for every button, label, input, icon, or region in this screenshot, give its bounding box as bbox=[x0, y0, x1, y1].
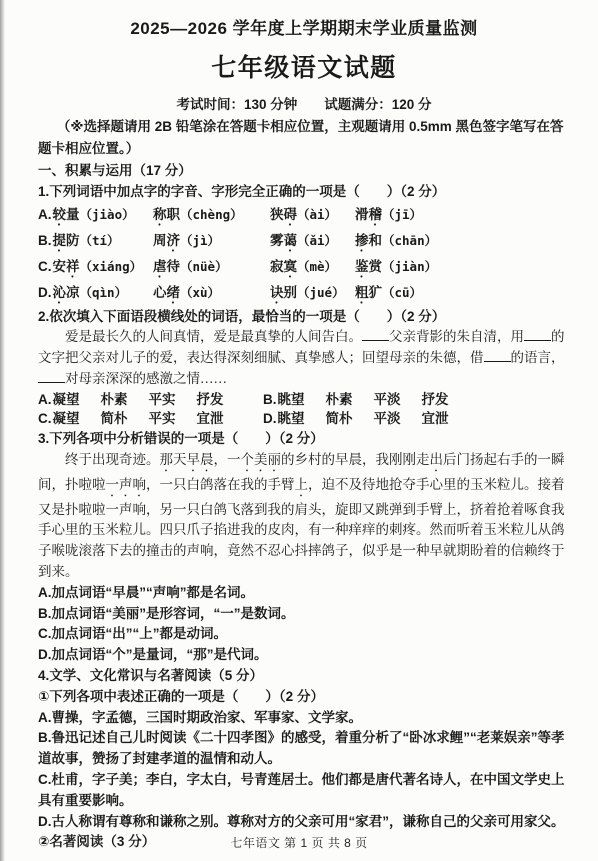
q3-passage: 终于出现奇迹。那天早晨，一个美丽的乡村的早晨，我刚刚走出后门扬起右手的一瞬间，扑… bbox=[38, 450, 570, 583]
pinyin-hint: （mè） bbox=[297, 259, 337, 274]
pinyin-hint: （jī） bbox=[382, 207, 422, 222]
q1-term: 鉴赏（jiàn） bbox=[355, 255, 570, 281]
pinyin-hint: （chān） bbox=[382, 233, 437, 248]
fill-in-blank bbox=[38, 369, 65, 383]
q4-option: C.杜甫，字子美；李白，字太白，号青莲居士。他们都是唐代著名诗人，在中国文学史上… bbox=[38, 770, 570, 812]
pinyin-hint: （jué） bbox=[297, 285, 345, 300]
pinyin-hint: （chèng） bbox=[180, 207, 243, 222]
q3-option: B.加点词语“美丽”是形容词，“一”是数词。 bbox=[38, 604, 570, 625]
option-label: C. bbox=[38, 259, 52, 274]
q1-term: 狭碍（ài） bbox=[270, 203, 355, 229]
q2-option: B.眺望朴素平淡抒发 bbox=[263, 390, 449, 410]
section1-title: 一、积累与运用（17 分） bbox=[38, 161, 570, 182]
q4-sub1-stem: ①下列各项中表述正确的一项是（ ）（2 分） bbox=[38, 687, 570, 708]
option-label: A. bbox=[38, 207, 52, 222]
q1-term: 周济（jì） bbox=[153, 229, 270, 255]
q4-title: 4.文学、文化常识与名著阅读（5 分） bbox=[38, 666, 570, 687]
pinyin-hint: （xù） bbox=[180, 285, 220, 300]
exam-info: 考试时间：130 分钟 试题满分：120 分 bbox=[38, 93, 570, 113]
paper-header: 2025—2026 学年度上学期期末学业质量监测 七年级语文试题 考试时间：13… bbox=[38, 14, 570, 159]
paper-body: 一、积累与运用（17 分） 1.下列词语中加点字的字音、字形完全正确的一项是（ … bbox=[38, 161, 570, 853]
pinyin-hint: （xiáng） bbox=[80, 259, 143, 274]
q1-term: 诀别（jué） bbox=[270, 281, 355, 307]
q3-stem: 3.下列各项中分析错误的一项是（ ）（2 分） bbox=[38, 429, 570, 450]
q1-term: A.较量（jiào） bbox=[38, 203, 153, 229]
q1-term: D.沁凉（qìn） bbox=[38, 281, 153, 307]
q1-term: 称职（chèng） bbox=[153, 203, 270, 229]
fill-in-blank bbox=[484, 348, 511, 362]
q4-option: B.鲁迅记述自己儿时阅读《二十四孝图》的感受，着重分析了“卧冰求鲤”“老莱娱亲”… bbox=[38, 728, 570, 770]
q1-term: 粗犷（cū） bbox=[355, 281, 570, 307]
q3-option: D.加点词语“个”是量词，“那”是代词。 bbox=[38, 645, 570, 666]
pinyin-hint: （ài） bbox=[297, 207, 337, 222]
q3-options: A.加点词语“早晨”“声响”都是名词。B.加点词语“美丽”是形容词，“一”是数词… bbox=[38, 583, 570, 666]
q1-term: 掺和（chān） bbox=[355, 229, 570, 255]
pinyin-hint: （jì） bbox=[180, 233, 220, 248]
q2-option-row: A.凝望朴素平实抒发B.眺望朴素平淡抒发 bbox=[38, 390, 570, 410]
fill-in-blank bbox=[524, 328, 551, 342]
answer-sheet-note: （※选择题请用 2B 铅笔涂在答题卡相应位置，主观题请用 0.5mm 黑色签字笔… bbox=[38, 116, 570, 159]
pinyin-hint: （qìn） bbox=[80, 285, 128, 300]
q4-option: A.曹操，字孟德，三国时期政治家、军事家、文学家。 bbox=[38, 708, 570, 729]
option-label: B. bbox=[38, 233, 52, 248]
q2-option: D.眺望简朴平淡宜泄 bbox=[263, 409, 449, 429]
option-label: C. bbox=[38, 411, 52, 426]
session-title: 2025—2026 学年度上学期期末学业质量监测 bbox=[38, 14, 570, 39]
q1-term: 雾蔼（ǎi） bbox=[270, 229, 355, 255]
q2-options: A.凝望朴素平实抒发B.眺望朴素平淡抒发C.凝望简朴平实宜泄D.眺望简朴平淡宜泄 bbox=[38, 390, 570, 429]
q1-option-row: A.较量（jiào）称职（chèng）狭碍（ài）滑稽（jī） bbox=[38, 203, 570, 229]
q1-term: C.安祥（xiáng） bbox=[38, 255, 153, 281]
pinyin-hint: （jiào） bbox=[80, 207, 135, 222]
pinyin-hint: （nüè） bbox=[180, 259, 228, 274]
option-label: B. bbox=[263, 392, 277, 407]
option-label: D. bbox=[38, 285, 52, 300]
q1-term: B.提防（tí） bbox=[38, 229, 153, 255]
q2-option: C.凝望简朴平实宜泄 bbox=[38, 409, 263, 429]
q1-option-row: D.沁凉（qìn）心绪（xù）诀别（jué）粗犷（cū） bbox=[38, 281, 570, 307]
q4-option: D.古人称谓有尊称和谦称之别。尊称对方的父亲可用“家君”，谦称自己的父亲可用家父… bbox=[38, 812, 570, 833]
q1-term: 心绪（xù） bbox=[153, 281, 270, 307]
q2-option: A.凝望朴素平实抒发 bbox=[38, 390, 263, 410]
q2-passage: 爱是最长久的人间真情，爱是最真挚的人间告白。父亲背影的朱自清，用的文字把父亲对儿… bbox=[38, 327, 570, 389]
pinyin-hint: （ǎi） bbox=[297, 233, 337, 248]
q1-term: 虐待（nüè） bbox=[153, 255, 270, 281]
fill-in-blank bbox=[362, 328, 389, 342]
pinyin-hint: （jiàn） bbox=[382, 259, 437, 274]
pinyin-hint: （tí） bbox=[80, 233, 120, 248]
q1-term: 寂寞（mè） bbox=[270, 255, 355, 281]
option-label: D. bbox=[263, 411, 277, 426]
q3-option: C.加点词语“出”“上”都是动词。 bbox=[38, 624, 570, 645]
q1-options: A.较量（jiào）称职（chèng）狭碍（ài）滑稽（jī）B.提防（tí）周… bbox=[38, 203, 570, 307]
q2-option-row: C.凝望简朴平实宜泄D.眺望简朴平淡宜泄 bbox=[38, 409, 570, 429]
option-label: A. bbox=[38, 392, 52, 407]
q1-stem: 1.下列词语中加点字的字音、字形完全正确的一项是（ ）（2 分） bbox=[38, 182, 570, 203]
q3-option: A.加点词语“早晨”“声响”都是名词。 bbox=[38, 583, 570, 604]
scan-edge-artifact bbox=[0, 0, 5, 861]
q1-option-row: C.安祥（xiáng）虐待（nüè）寂寞（mè）鉴赏（jiàn） bbox=[38, 255, 570, 281]
q4-sub1-options: A.曹操，字孟德，三国时期政治家、军事家、文学家。B.鲁迅记述自己儿时阅读《二十… bbox=[38, 708, 570, 833]
exam-paper-page: 2025—2026 学年度上学期期末学业质量监测 七年级语文试题 考试时间：13… bbox=[0, 0, 598, 861]
q1-term: 滑稽（jī） bbox=[355, 203, 570, 229]
exam-title: 七年级语文试题 bbox=[38, 48, 570, 84]
q1-option-row: B.提防（tí）周济（jì）雾蔼（ǎi）掺和（chān） bbox=[38, 229, 570, 255]
pinyin-hint: （cū） bbox=[382, 285, 422, 300]
q2-stem: 2.依次填入下面语段横线处的词语，最恰当的一项是（ ）（2 分） bbox=[38, 307, 570, 328]
page-footer: 七年语文 第 1 页 共 8 页 bbox=[0, 834, 598, 851]
